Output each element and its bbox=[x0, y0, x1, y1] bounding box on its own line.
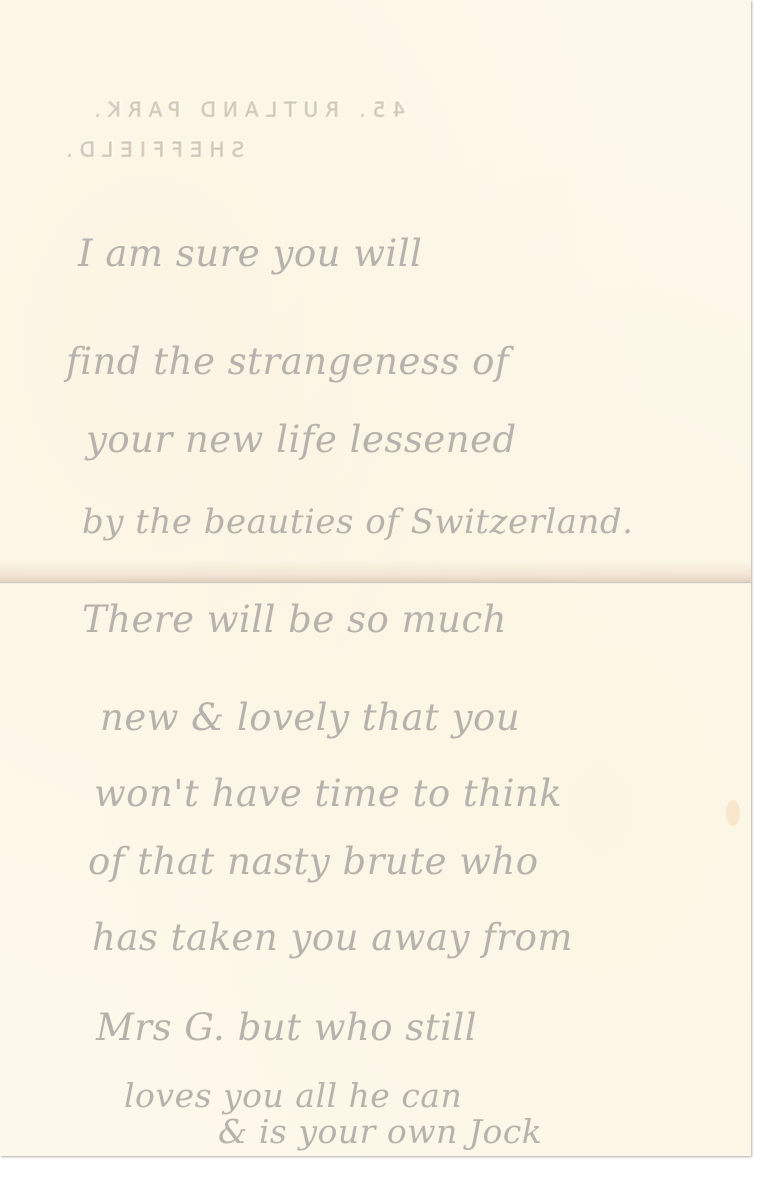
paper-stain bbox=[726, 800, 740, 826]
letter-line: by the beauties of Switzerland. bbox=[82, 502, 633, 542]
letter-line: There will be so much bbox=[82, 598, 507, 641]
letter-line: new & lovely that you bbox=[100, 696, 520, 739]
letter-line: your new life lessened bbox=[86, 418, 517, 461]
letter-line: Mrs G. but who still bbox=[96, 1006, 477, 1049]
letter-line: I am sure you will bbox=[78, 232, 422, 275]
letter-line: won't have time to think bbox=[94, 772, 562, 815]
letter-line: loves you all he can bbox=[124, 1076, 462, 1115]
letter-closing-line: & is your own Jock bbox=[218, 1112, 542, 1151]
letter-line: has taken you away from bbox=[92, 916, 573, 959]
letterhead-address-line: 45. RUTLAND PARK. bbox=[88, 97, 406, 121]
letterhead-city-line: SHEFFIELD. bbox=[60, 137, 245, 161]
letter-line: of that nasty brute who bbox=[88, 840, 539, 883]
letter-page: 45. RUTLAND PARK. SHEFFIELD. I am sure y… bbox=[0, 0, 751, 1156]
paper-fold bbox=[0, 582, 751, 583]
letter-line: find the strangeness of bbox=[66, 340, 509, 383]
